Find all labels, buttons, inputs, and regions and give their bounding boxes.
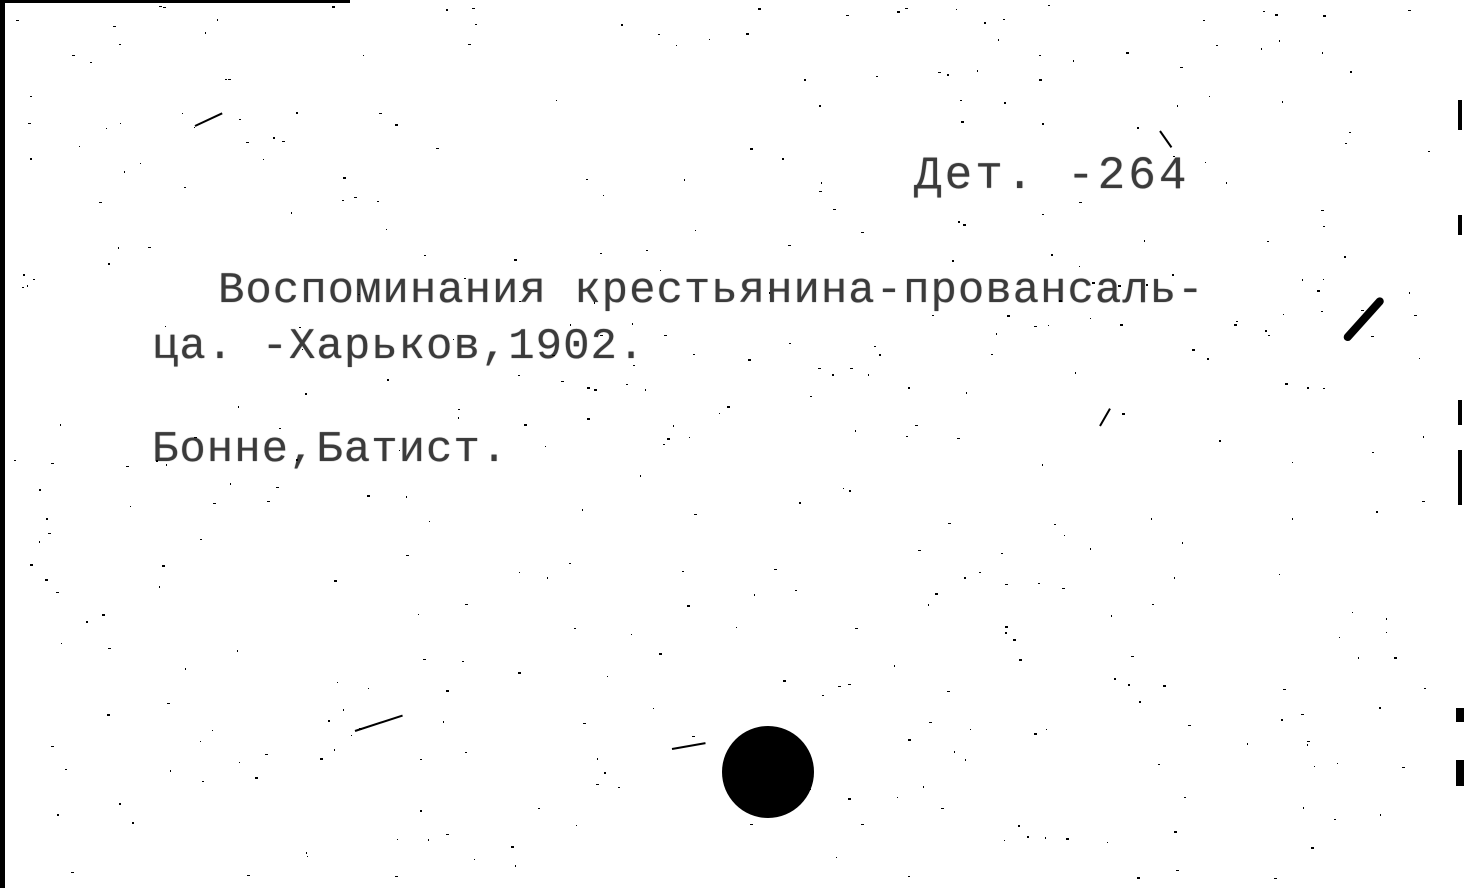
speck <box>861 824 864 825</box>
speck <box>819 105 821 107</box>
speck <box>952 260 954 262</box>
speck <box>1046 729 1047 730</box>
speck <box>205 32 206 34</box>
speck <box>239 762 240 763</box>
speck <box>1090 548 1091 550</box>
speck <box>406 496 407 498</box>
speck <box>789 343 791 344</box>
speck <box>71 872 74 873</box>
speck <box>682 571 684 572</box>
speck <box>334 749 335 751</box>
speck <box>1209 96 1210 97</box>
speck <box>238 406 239 408</box>
speck <box>1174 577 1175 579</box>
speck <box>1323 15 1326 17</box>
speck <box>354 197 357 198</box>
speck <box>1118 285 1121 287</box>
speck <box>1317 290 1320 292</box>
speck <box>118 247 119 249</box>
speck <box>855 628 858 629</box>
speck <box>306 852 307 854</box>
speck <box>1303 807 1304 809</box>
speck <box>782 753 785 754</box>
speck <box>1005 632 1007 634</box>
speck <box>39 489 41 491</box>
speck <box>1358 657 1359 659</box>
speck <box>1372 452 1374 453</box>
card-top-edge <box>0 0 350 3</box>
speck <box>774 569 777 570</box>
speck <box>119 44 121 45</box>
speck <box>39 541 40 543</box>
speck <box>633 365 635 366</box>
speck <box>332 6 335 8</box>
speck <box>1003 19 1005 20</box>
speck <box>948 523 951 524</box>
speck <box>692 736 695 737</box>
speck <box>1039 79 1042 81</box>
speck <box>51 746 54 747</box>
speck <box>836 857 837 858</box>
speck <box>124 171 125 173</box>
speck <box>22 287 24 288</box>
speck <box>1180 67 1183 68</box>
speck <box>626 384 628 385</box>
speck <box>107 714 110 716</box>
speck <box>1042 464 1043 466</box>
speck <box>1192 349 1195 351</box>
speck <box>1350 71 1352 73</box>
speck <box>663 444 665 445</box>
speck <box>320 758 323 760</box>
speck <box>736 627 737 628</box>
speck <box>368 688 369 689</box>
speck <box>821 182 822 184</box>
speck <box>182 113 183 114</box>
speck <box>727 406 730 408</box>
speck <box>51 463 54 464</box>
speck <box>788 245 791 246</box>
speck <box>783 680 786 682</box>
speck <box>102 614 105 616</box>
speck <box>833 209 836 210</box>
speck <box>1402 767 1405 768</box>
speck <box>780 789 783 791</box>
speck <box>1137 877 1140 879</box>
speck <box>1042 214 1044 215</box>
speck <box>1005 584 1008 585</box>
speck <box>774 747 777 748</box>
speck <box>556 100 557 101</box>
speck <box>1302 279 1303 281</box>
speck <box>758 8 761 10</box>
speck <box>908 739 911 741</box>
speck <box>202 781 204 782</box>
speck <box>759 783 762 785</box>
speck <box>367 495 370 497</box>
speck <box>1172 274 1174 276</box>
speck <box>1428 151 1430 152</box>
speck <box>1408 10 1411 11</box>
speck <box>808 789 811 790</box>
speck <box>399 450 400 451</box>
speck <box>420 810 422 812</box>
speck <box>709 39 710 40</box>
speck <box>468 44 471 45</box>
speck <box>1419 358 1420 359</box>
speck <box>1051 254 1053 256</box>
speck <box>1054 524 1056 525</box>
speck <box>963 224 966 226</box>
card-left-edge <box>0 0 5 888</box>
speck <box>213 503 216 504</box>
speck <box>424 255 426 256</box>
speck <box>957 438 960 439</box>
speck <box>618 787 620 788</box>
speck <box>1048 325 1049 326</box>
speck <box>377 201 379 202</box>
speck <box>1151 518 1152 520</box>
speck <box>48 533 51 534</box>
speck <box>1349 132 1351 133</box>
speck <box>552 355 555 356</box>
speck <box>200 539 202 540</box>
stray-mark <box>195 112 223 126</box>
punch-hole <box>722 726 814 818</box>
speck <box>1128 684 1130 686</box>
speck <box>518 375 520 376</box>
speck <box>1344 256 1346 258</box>
speck <box>750 824 753 825</box>
speck <box>72 55 75 56</box>
stray-mark <box>355 715 403 732</box>
speck <box>928 604 929 606</box>
speck <box>574 628 576 629</box>
speck <box>343 177 346 179</box>
speck <box>1282 101 1283 103</box>
speck <box>296 112 298 114</box>
speck <box>868 374 869 376</box>
speck <box>810 396 812 397</box>
speck <box>843 488 844 489</box>
speck <box>1146 284 1148 286</box>
speck <box>108 263 110 265</box>
speck <box>631 634 632 635</box>
speck <box>1176 870 1179 871</box>
speck <box>1182 542 1183 544</box>
speck <box>1042 123 1044 125</box>
speck <box>1004 840 1005 841</box>
speck <box>30 564 33 566</box>
speck <box>961 121 964 123</box>
speck <box>1376 511 1378 513</box>
speck <box>515 865 516 867</box>
speck <box>247 875 250 876</box>
speck <box>596 784 599 785</box>
speck <box>446 9 448 11</box>
speck <box>935 593 938 595</box>
speck <box>1234 324 1237 326</box>
speck <box>1409 292 1410 294</box>
speck <box>148 247 151 248</box>
speck <box>1247 743 1248 745</box>
speck <box>387 379 389 381</box>
speck <box>947 74 949 76</box>
speck <box>86 621 88 623</box>
speck <box>156 460 158 462</box>
speck <box>45 579 48 581</box>
speck <box>475 24 477 25</box>
speck <box>1120 324 1123 326</box>
speck <box>1048 5 1050 6</box>
speck <box>795 590 797 591</box>
speck <box>436 148 439 149</box>
edge-mark <box>1458 450 1462 505</box>
speck <box>1361 310 1364 311</box>
speck <box>1144 240 1145 242</box>
speck <box>1292 462 1293 463</box>
speck <box>185 668 186 670</box>
stray-mark <box>672 742 706 750</box>
speck <box>594 302 595 304</box>
speck <box>23 274 25 276</box>
speck <box>1301 714 1304 715</box>
speck <box>1219 440 1221 442</box>
speck <box>693 354 695 355</box>
speck <box>299 327 301 328</box>
speck <box>908 387 910 389</box>
speck <box>748 359 751 361</box>
speck <box>1019 659 1022 661</box>
speck <box>604 772 606 774</box>
speck <box>570 324 571 326</box>
speck <box>351 735 352 736</box>
speck <box>1226 182 1227 184</box>
speck <box>276 487 279 488</box>
speck <box>848 798 851 800</box>
speck <box>1279 40 1280 42</box>
speck <box>212 730 213 731</box>
speck <box>832 374 834 376</box>
speck <box>113 26 116 27</box>
speck <box>1263 11 1265 12</box>
speck <box>1323 226 1325 227</box>
speck <box>1137 127 1139 129</box>
speck <box>1321 210 1324 211</box>
speck <box>719 413 720 414</box>
speck <box>1424 688 1426 689</box>
speck <box>168 703 170 704</box>
speck <box>938 72 941 73</box>
speck <box>514 259 517 261</box>
speck <box>956 9 957 10</box>
speck <box>966 392 967 394</box>
speck <box>511 846 514 848</box>
call-number: Дет. -264 <box>914 150 1189 202</box>
speck <box>587 387 590 389</box>
speck <box>1279 574 1280 575</box>
speck <box>1013 639 1016 641</box>
speck <box>960 100 962 101</box>
speck <box>126 466 129 467</box>
speck <box>379 113 382 114</box>
speck <box>79 146 80 147</box>
speck <box>106 128 107 129</box>
speck <box>874 346 876 347</box>
speck <box>418 614 419 615</box>
speck <box>645 389 646 391</box>
edge-mark <box>1458 400 1462 425</box>
speck <box>255 777 258 779</box>
speck <box>1114 678 1116 680</box>
speck <box>918 550 921 551</box>
speck <box>1423 436 1424 438</box>
speck <box>1337 763 1338 764</box>
speck <box>876 76 878 77</box>
catalog-card: Дет. -264 Воспоминания крестьянина-прова… <box>0 0 1464 888</box>
speck <box>14 460 16 461</box>
speck <box>184 187 186 188</box>
speck <box>237 650 238 652</box>
speck <box>28 123 31 124</box>
speck <box>689 437 690 438</box>
speck <box>603 195 604 196</box>
speck <box>328 720 330 722</box>
speck <box>600 335 603 336</box>
speck <box>458 417 459 419</box>
speck <box>225 79 227 80</box>
speck <box>33 279 35 280</box>
speck <box>1039 55 1041 56</box>
speck <box>607 676 608 677</box>
speck <box>621 24 623 26</box>
speck <box>395 876 398 877</box>
speck <box>849 490 851 492</box>
speck <box>1079 266 1080 267</box>
speck <box>279 428 281 429</box>
speck <box>659 653 662 655</box>
speck <box>660 270 661 271</box>
speck <box>132 822 134 824</box>
speck <box>1307 387 1309 389</box>
speck <box>263 159 264 160</box>
speck <box>818 368 821 369</box>
speck <box>230 483 231 485</box>
speck <box>915 425 918 426</box>
edge-mark <box>1456 760 1464 786</box>
speck <box>1323 279 1324 280</box>
speck <box>996 333 997 335</box>
speck <box>879 354 881 356</box>
speck <box>162 565 165 567</box>
speck <box>1314 766 1315 767</box>
speck <box>653 708 654 709</box>
speck <box>977 70 978 72</box>
speck <box>1111 615 1112 617</box>
speck <box>545 446 546 447</box>
speck <box>165 326 166 327</box>
speck <box>597 758 598 760</box>
speck <box>586 179 588 180</box>
speck <box>1177 105 1178 107</box>
speck <box>420 759 422 760</box>
speck <box>246 142 249 143</box>
speck <box>159 6 162 7</box>
speck <box>458 409 460 410</box>
speck <box>640 475 641 477</box>
speck <box>897 11 900 13</box>
speck <box>846 15 849 16</box>
speck <box>65 769 67 770</box>
speck <box>964 577 966 579</box>
speck <box>1283 314 1284 315</box>
speck <box>1422 501 1425 502</box>
speck <box>1107 842 1108 843</box>
speck <box>547 577 548 579</box>
speck <box>159 586 160 588</box>
speck <box>130 506 131 507</box>
speck <box>1005 626 1008 628</box>
speck <box>358 294 360 295</box>
speck <box>386 229 387 230</box>
speck <box>423 659 426 660</box>
speck <box>519 572 520 573</box>
speck <box>518 672 521 674</box>
speck <box>1126 52 1129 54</box>
speck <box>897 797 898 798</box>
speck <box>99 202 102 203</box>
speck <box>632 323 633 325</box>
speck <box>1018 825 1020 827</box>
speck <box>1379 707 1381 709</box>
speck <box>337 682 338 683</box>
title-line-1: Воспоминания крестьянина-провансаль- <box>218 266 1205 316</box>
speck <box>119 803 121 805</box>
speck <box>57 814 59 816</box>
speck <box>1188 725 1191 726</box>
speck <box>30 96 32 97</box>
speck <box>754 594 755 596</box>
speck <box>465 752 467 753</box>
speck <box>905 8 908 9</box>
speck <box>472 8 475 9</box>
speck <box>1285 383 1288 385</box>
speck <box>302 349 303 350</box>
speck <box>200 741 201 742</box>
speck <box>1203 20 1205 21</box>
speck <box>646 250 648 251</box>
speck <box>170 770 171 772</box>
speck <box>804 79 806 81</box>
speck <box>363 55 364 56</box>
speck <box>334 580 337 582</box>
speck <box>594 389 597 391</box>
speck <box>46 518 48 520</box>
speck <box>342 200 344 201</box>
speck <box>1394 657 1397 659</box>
speck <box>1386 632 1387 633</box>
speck <box>163 7 166 8</box>
speck <box>970 729 971 730</box>
speck <box>576 825 577 826</box>
speck <box>167 703 168 704</box>
speck <box>464 278 466 279</box>
speck <box>267 501 270 502</box>
speck <box>979 572 981 573</box>
speck <box>406 555 409 556</box>
speck <box>746 33 749 35</box>
speck <box>1207 358 1209 360</box>
